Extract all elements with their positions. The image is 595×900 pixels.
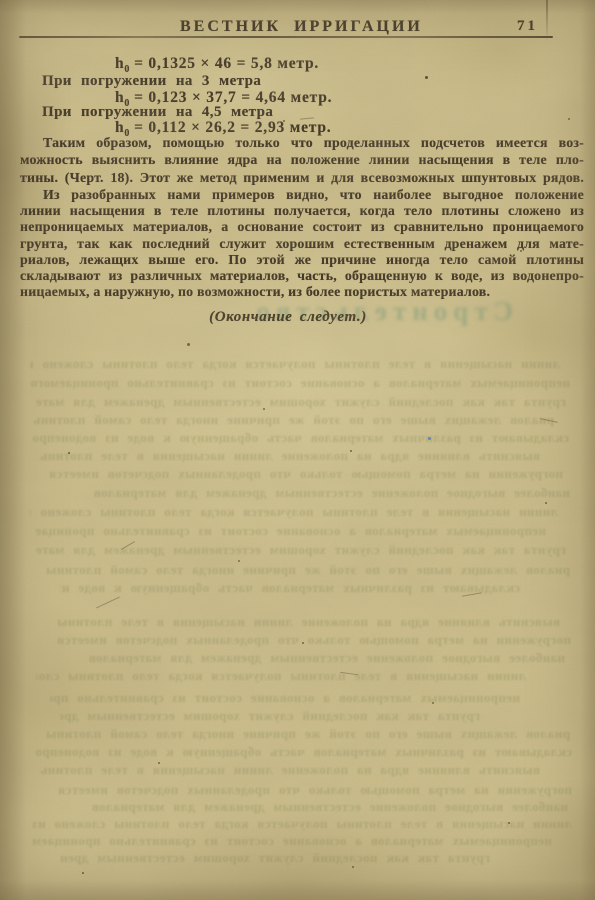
page-body: h0 = 0,1325 × 46 = 5,8 метр. При погруже… [0, 0, 595, 900]
paragraph-line: линии насыщения в теле плотины получаетс… [20, 204, 584, 220]
formula-expression: = 0,112 × 26,2 = 2,93 метр. [134, 119, 331, 136]
formula-variable: h [115, 55, 124, 72]
formula-variable: h [115, 119, 124, 136]
paragraph-line: складывают из различных материалов, част… [20, 269, 584, 285]
paragraph-line: Таким образом, помощью только что продел… [20, 136, 584, 153]
paragraph-line: непроницаемых материалов, а основание со… [20, 220, 584, 236]
paragraph: Таким образом, помощью только что продел… [20, 136, 584, 188]
immersion-caption-1: При погружении на 3 метра [42, 73, 261, 90]
paragraph-line: Из разобранных нами примеров видно, что … [20, 188, 584, 204]
formula-line-3: h0 = 0,112 × 26,2 = 2,93 метр. [115, 119, 331, 136]
paragraph-line: тины. (Черт. 18). Этот же метод применим… [20, 171, 584, 188]
paragraph-line: ницаемых, а наружную, по возможности, из… [20, 285, 584, 301]
paragraph: Из разобранных нами примеров видно, что … [20, 188, 584, 301]
closing-note: (Окончание следует.) [20, 309, 556, 326]
paragraph-line: можность выяснить влияние ядра на положе… [20, 153, 584, 170]
formula-expression: = 0,1325 × 46 = 5,8 метр. [134, 55, 319, 72]
paragraph-line: риалов, лежащих выше его. По этой же при… [20, 253, 584, 269]
formula-line-1: h0 = 0,1325 × 46 = 5,8 метр. [115, 55, 319, 72]
paragraph-line: грунта, так как последний служит хорошим… [20, 237, 584, 253]
scanned-journal-page: Строительство линии насыщения в теле пло… [0, 0, 595, 900]
